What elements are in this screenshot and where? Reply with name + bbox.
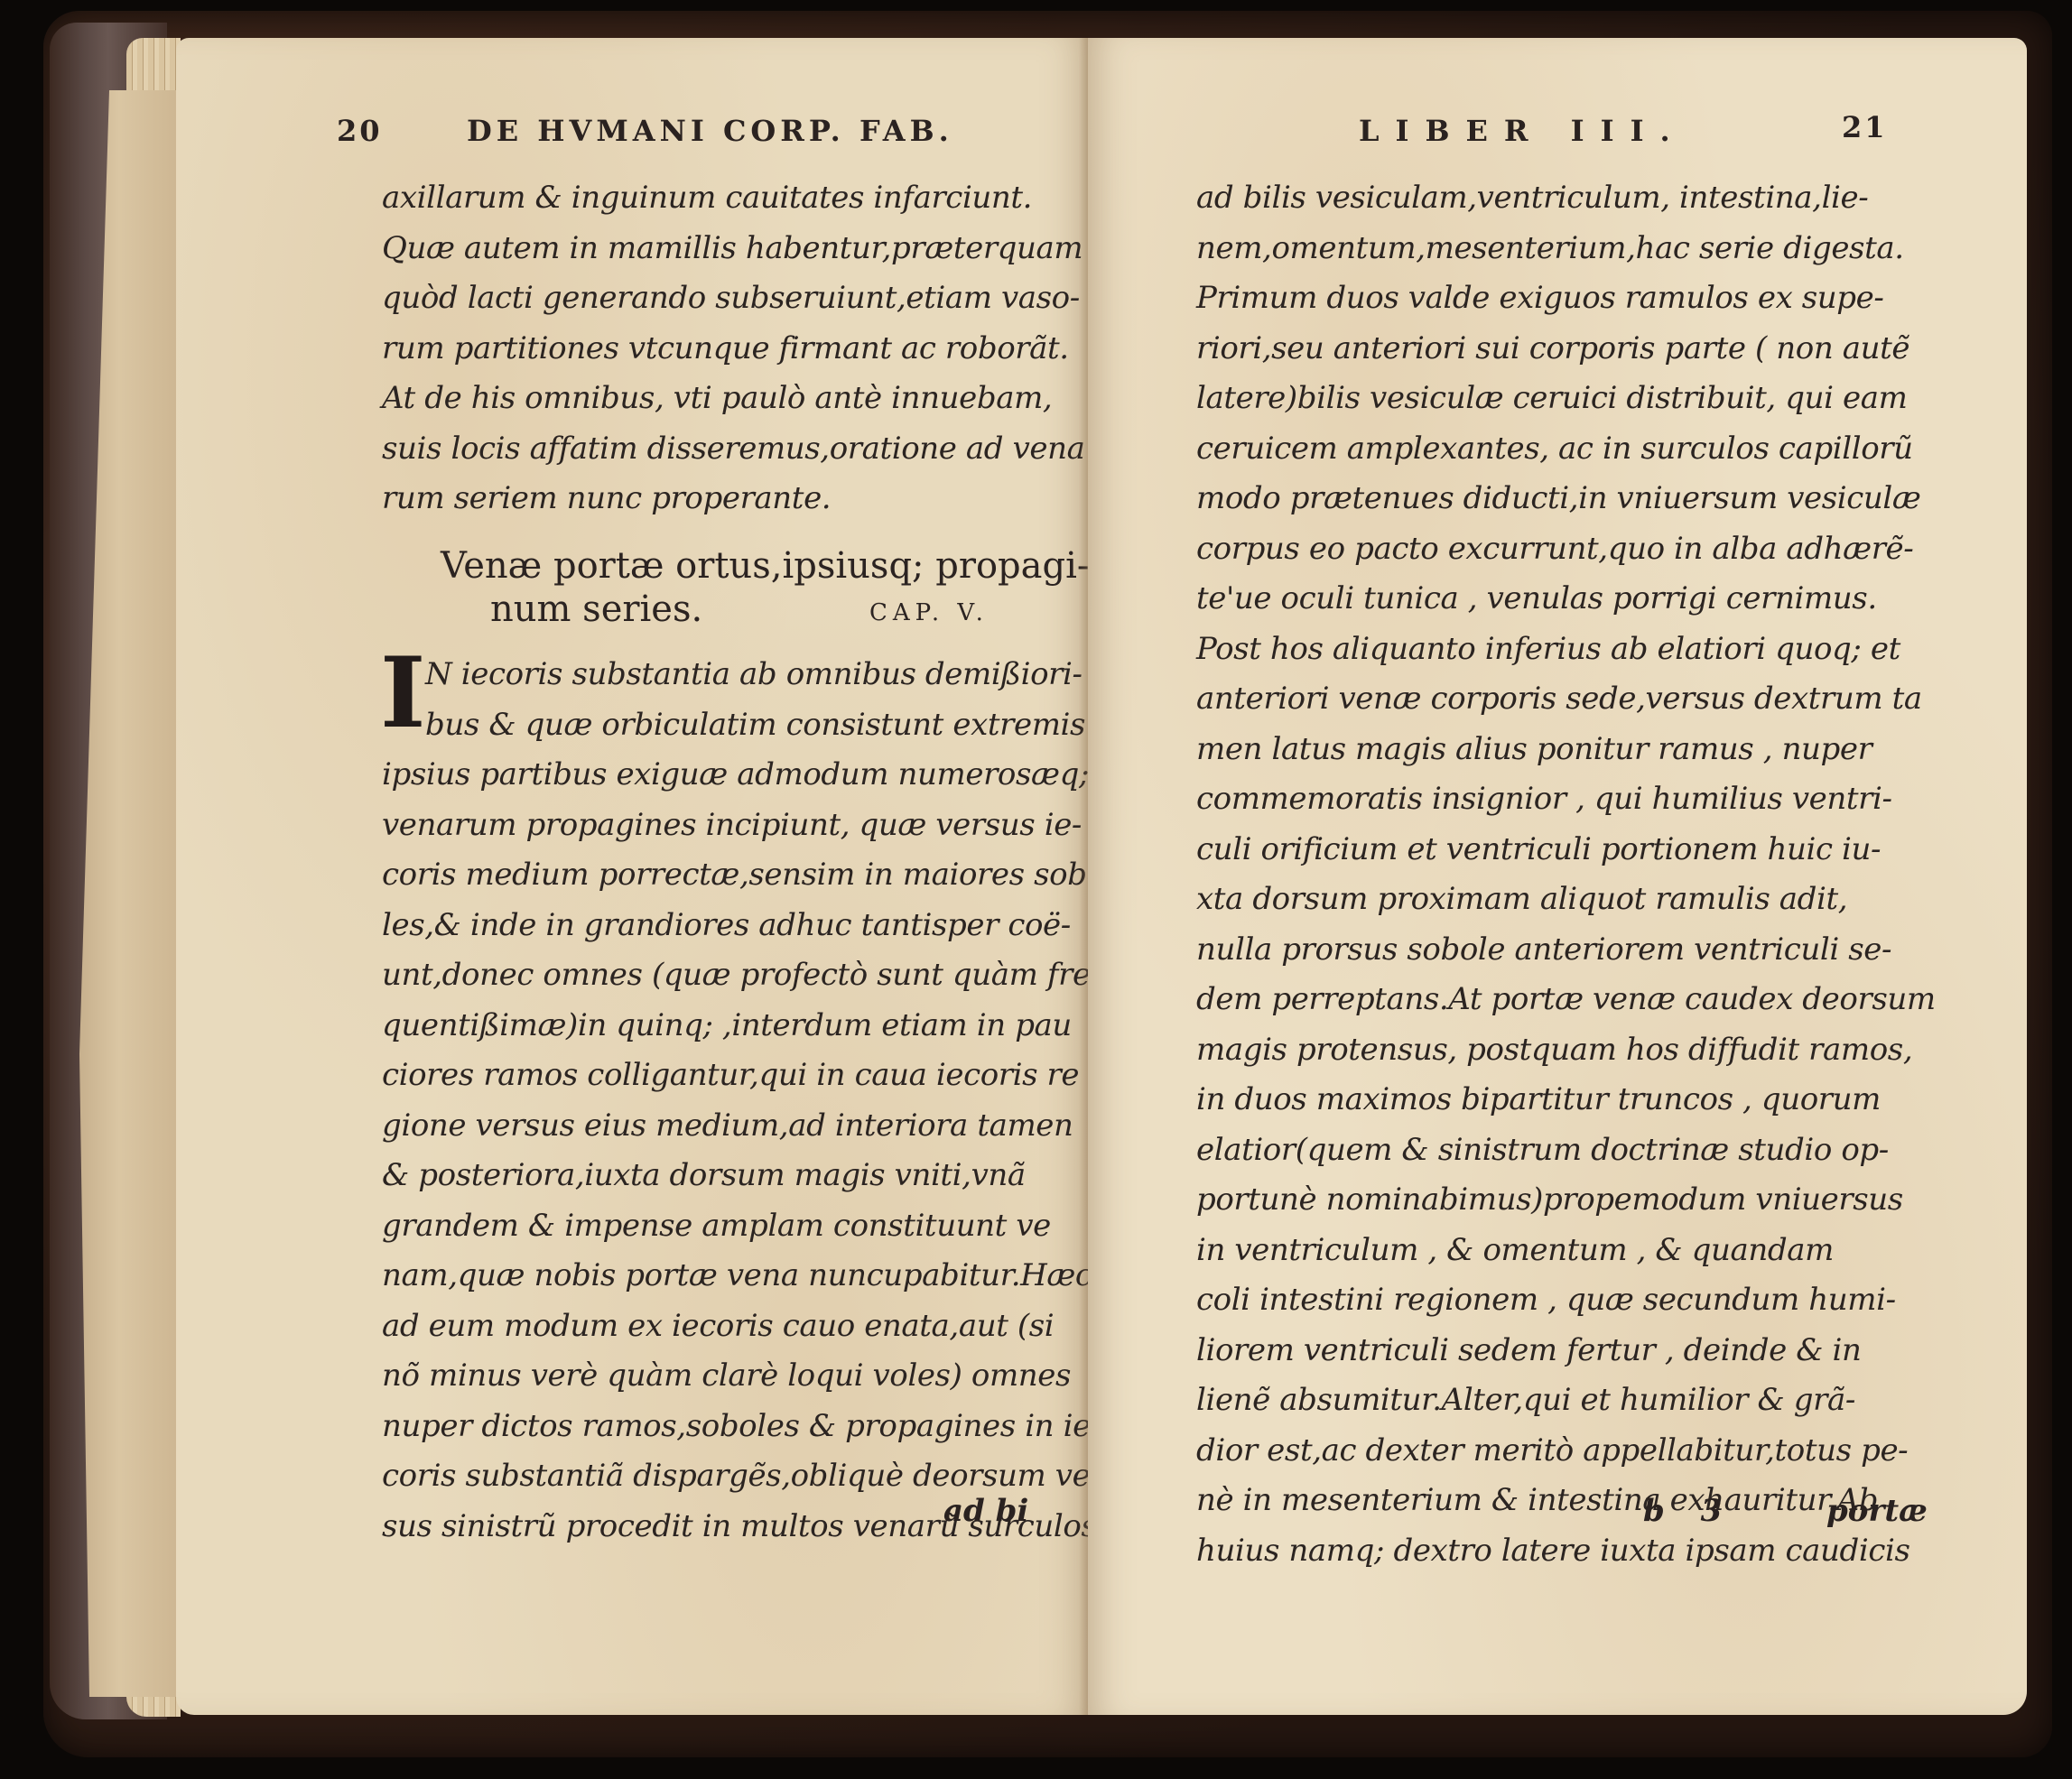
- text-line: te'ue oculi tunica , venulas porrigi cer…: [1196, 574, 1936, 625]
- chapter-body: N iecoris substantia ab omnibus demißior…: [382, 650, 1115, 1552]
- text-line: men latus magis alius ponitur ramus , nu…: [1196, 725, 1936, 775]
- left-page: 20 DE HVMANI CORP. FAB. axillarum & ingu…: [176, 38, 1088, 1715]
- text-line: dior est,ac dexter meritò appellabitur,t…: [1196, 1426, 1936, 1477]
- text-line: liorem ventriculi sedem fertur , deinde …: [1196, 1326, 1936, 1376]
- text-line: Primum duos valde exiguos ramulos ex sup…: [1196, 273, 1936, 324]
- text-line: ad eum modum ex iecoris cauo enata,aut (…: [382, 1302, 1115, 1352]
- text-line: les,& inde in grandiores adhuc tantisper…: [382, 901, 1115, 951]
- chapter-label: CAP. V.: [869, 599, 989, 626]
- signature-mark: b 3: [1643, 1493, 1734, 1529]
- page-number-right: 21: [1842, 110, 1888, 144]
- text-line: rum partitiones vtcunque firmant ac robo…: [382, 324, 1084, 375]
- text-line: quòd lacti generando subseruiunt,etiam v…: [382, 273, 1084, 324]
- text-line: grandem & impense amplam constituunt ve: [382, 1201, 1115, 1252]
- text-line: unt,donec omnes (quæ profectò sunt quàm …: [382, 950, 1115, 1001]
- text-line: rum seriem nunc properante.: [382, 474, 1084, 524]
- catchword-left: ad bi: [943, 1493, 1028, 1529]
- text-line: huius namq; dextro latere iuxta ipsam ca…: [1196, 1526, 1936, 1577]
- running-head-left: DE HVMANI CORP. FAB.: [467, 114, 953, 148]
- text-line: ipsius partibus exiguæ admodum numerosæq…: [382, 750, 1115, 801]
- text-line: coris medium porrectæ,sensim in maiores …: [382, 850, 1115, 901]
- text-line: nõ minus verè quàm clarè loqui voles) om…: [382, 1351, 1115, 1402]
- text-line: nem,omentum,mesenterium,hac serie digest…: [1196, 224, 1936, 274]
- text-line: Quæ autem in mamillis habentur,præterqua…: [382, 224, 1084, 274]
- running-head-right: LIBER III.: [1359, 114, 1686, 148]
- text-line: magis protensus, postquam hos diffudit r…: [1196, 1025, 1936, 1076]
- page-number-left: 20: [337, 114, 383, 148]
- text-line: gione versus eius medium,ad interiora ta…: [382, 1101, 1115, 1152]
- text-line: corpus eo pacto excurrunt,quo in alba ad…: [1196, 524, 1936, 575]
- text-line: nè in mesenterium & intestina exhauritur…: [1196, 1476, 1936, 1526]
- text-line: culi orificium et ventriculi portionem h…: [1196, 825, 1936, 876]
- right-page: LIBER III. 21 ad bilis vesiculam,ventric…: [1088, 38, 2027, 1715]
- text-line: portunè nominabimus)propemodum vniuersus: [1196, 1175, 1936, 1226]
- text-line: quentißimæ)in quinq; ,interdum etiam in …: [382, 1001, 1115, 1052]
- text-line: Post hos aliquanto inferius ab elatiori …: [1196, 625, 1936, 675]
- text-line: nam,quæ nobis portæ vena nuncupabitur.Hæ…: [382, 1251, 1115, 1302]
- text-line: bus & quæ orbiculatim consistunt extremi…: [382, 700, 1115, 751]
- chapter-heading-line2: num series.: [490, 587, 702, 632]
- chapter-heading-line1: Venæ portæ ortus,ipsiusq; propagi-: [441, 543, 1089, 588]
- text-line: nulla prorsus sobole anteriorem ventricu…: [1196, 925, 1936, 976]
- text-line: modo prætenues diducti,in vniuersum vesi…: [1196, 474, 1936, 524]
- text-line: in duos maximos bipartitur truncos , quo…: [1196, 1075, 1936, 1126]
- text-line: At de his omnibus, vti paulò antè innueb…: [382, 374, 1084, 424]
- text-line: venarum propagines incipiunt, quæ versus…: [382, 801, 1115, 851]
- intro-paragraph: axillarum & inguinum cauitates infarciun…: [382, 173, 1084, 524]
- text-line: riori,seu anteriori sui corporis parte (…: [1196, 324, 1936, 375]
- text-line: nuper dictos ramos,soboles & propagines …: [382, 1402, 1115, 1452]
- right-body: ad bilis vesiculam,ventriculum, intestin…: [1196, 173, 1936, 1576]
- text-line: lienẽ absumitur.Alter,qui et humilior & …: [1196, 1376, 1936, 1426]
- text-line: dem perreptans.At portæ venæ caudex deor…: [1196, 975, 1936, 1025]
- text-line: anteriori venæ corporis sede,versus dext…: [1196, 674, 1936, 725]
- catchword-right: portæ: [1826, 1493, 1928, 1529]
- text-line: coli intestini regionem , quæ secundum h…: [1196, 1275, 1936, 1326]
- text-line: latere)bilis vesiculæ ceruici distribuit…: [1196, 374, 1936, 424]
- text-line: suis locis affatim disseremus,oratione a…: [382, 424, 1084, 475]
- text-line: elatior(quem & sinistrum doctrinæ studio…: [1196, 1126, 1936, 1176]
- text-line: ciores ramos colligantur,qui in caua iec…: [382, 1051, 1115, 1101]
- text-line: ad bilis vesiculam,ventriculum, intestin…: [1196, 173, 1936, 224]
- text-line: ceruicem amplexantes, ac in surculos cap…: [1196, 424, 1936, 475]
- text-line: xta dorsum proximam aliquot ramulis adit…: [1196, 875, 1936, 925]
- text-line: commemoratis insignior , qui humilius ve…: [1196, 774, 1936, 825]
- text-line: axillarum & inguinum cauitates infarciun…: [382, 173, 1084, 224]
- text-line: in ventriculum , & omentum , & quandam: [1196, 1226, 1936, 1276]
- text-line: N iecoris substantia ab omnibus demißior…: [382, 650, 1115, 700]
- text-line: & posteriora,iuxta dorsum magis vniti,vn…: [382, 1151, 1115, 1201]
